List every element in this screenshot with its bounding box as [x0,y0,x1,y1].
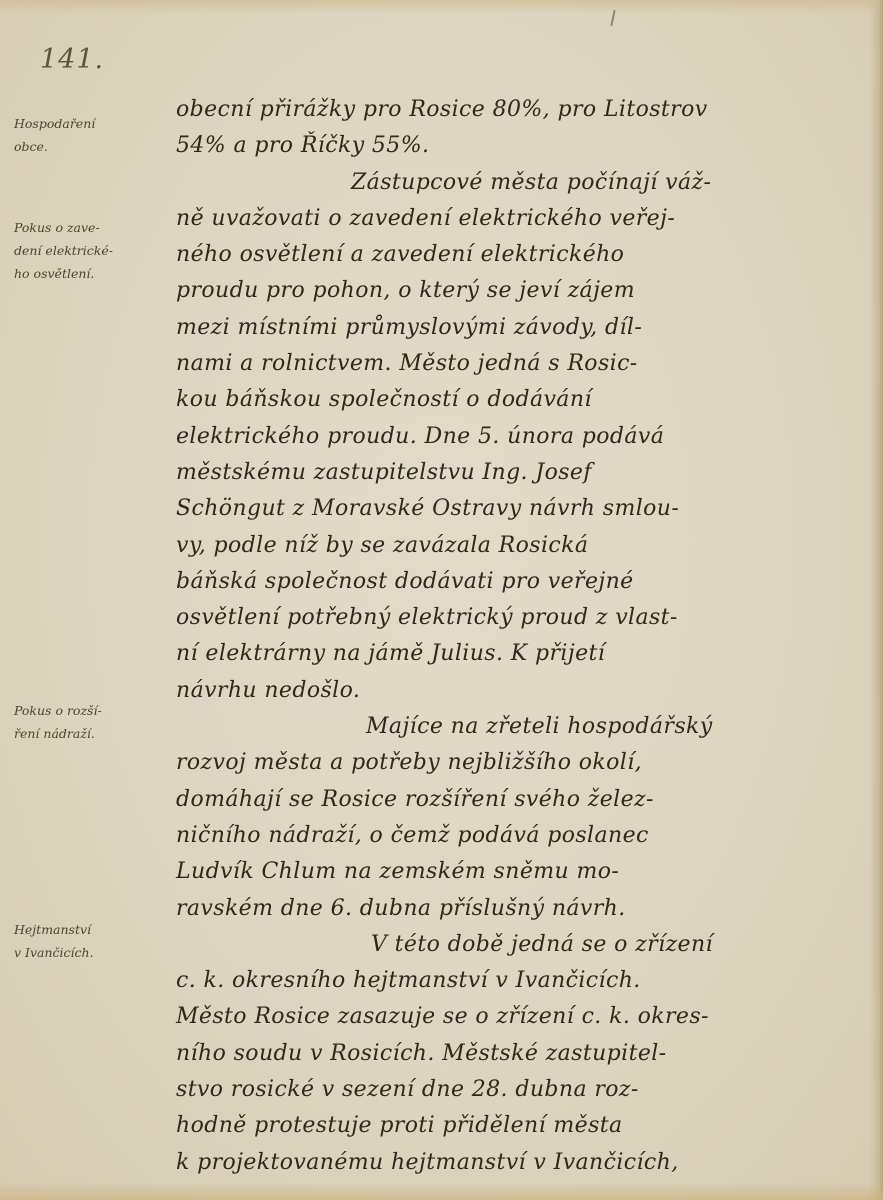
text-line: Zástupcové města počínají váž- [176,165,856,201]
text-line: návrhu nedošlo. [176,673,856,709]
margin-note-line: ho osvětlení. [14,262,164,285]
text-line: vy, podle níž by se zavázala Rosická [176,528,856,564]
page-edge [869,0,883,1200]
text-line: V této době jedná se o zřízení [176,927,856,963]
body-text: obecní přirážky pro Rosice 80%, pro Lito… [176,92,856,1181]
ink-mark [610,10,615,26]
margin-note-nadrazi: Pokus o rozší- ření nádraží. [14,699,164,745]
text-line: domáhají se Rosice rozšíření svého želez… [176,782,856,818]
text-line: 54% a pro Říčky 55%. [176,128,856,164]
margin-note-elektricke-osvetleni: Pokus o zave- dení elektrické- ho osvětl… [14,216,164,285]
text-line: proudu pro pohon, o který se jeví zájem [176,273,856,309]
page-number: 141. [40,44,104,75]
text-line: ně uvažovati o zavedení elektrického veř… [176,201,856,237]
text-line: Majíce na zřeteli hospodářský [176,709,856,745]
text-line: elektrického proudu. Dne 5. února podává [176,419,856,455]
text-line: hodně protestuje proti přidělení města [176,1108,856,1144]
text-line: osvětlení potřebný elektrický proud z vl… [176,600,856,636]
margin-note-hejtmanstvi: Hejtmanství v Ivančicích. [14,918,164,964]
text-line: c. k. okresního hejtmanství v Ivančicích… [176,963,856,999]
text-line: ného osvětlení a zavedení elektrického [176,237,856,273]
text-line: k projektovanému hejtmanství v Ivančicíc… [176,1145,856,1181]
text-line: báňská společnost dodávati pro veřejné [176,564,856,600]
margin-note-line: Hospodaření [14,112,164,135]
text-line: Ludvík Chlum na zemském sněmu mo- [176,854,856,890]
text-line: kou báňskou společností o dodávání [176,382,856,418]
text-line: ního soudu v Rosicích. Městské zastupite… [176,1036,856,1072]
text-line: ničního nádraží, o čemž podává poslanec [176,818,856,854]
text-line: nami a rolnictvem. Město jedná s Rosic- [176,346,856,382]
margin-note-line: v Ivančicích. [14,941,164,964]
margin-note-line: obce. [14,135,164,158]
text-line: Schöngut z Moravské Ostravy návrh smlou- [176,491,856,527]
margin-note-line: Hejtmanství [14,918,164,941]
text-line: mezi místními průmyslovými závody, díl- [176,310,856,346]
margin-note-line: Pokus o rozší- [14,699,164,722]
text-line: ní elektrárny na jámě Julius. K přijetí [176,636,856,672]
margin-note-hospodareni: Hospodaření obce. [14,112,164,158]
text-line: stvo rosické v sezení dne 28. dubna roz- [176,1072,856,1108]
text-line: Město Rosice zasazuje se o zřízení c. k.… [176,999,856,1035]
text-line: ravském dne 6. dubna příslušný návrh. [176,891,856,927]
text-line: obecní přirážky pro Rosice 80%, pro Lito… [176,92,856,128]
margin-note-line: ření nádraží. [14,722,164,745]
margin-note-line: dení elektrické- [14,239,164,262]
manuscript-page: 141. Hospodaření obce. Pokus o zave- den… [0,0,883,1200]
text-line: městskému zastupitelstvu Ing. Josef [176,455,856,491]
text-line: rozvoj města a potřeby nejbližšího okolí… [176,745,856,781]
margin-note-line: Pokus o zave- [14,216,164,239]
